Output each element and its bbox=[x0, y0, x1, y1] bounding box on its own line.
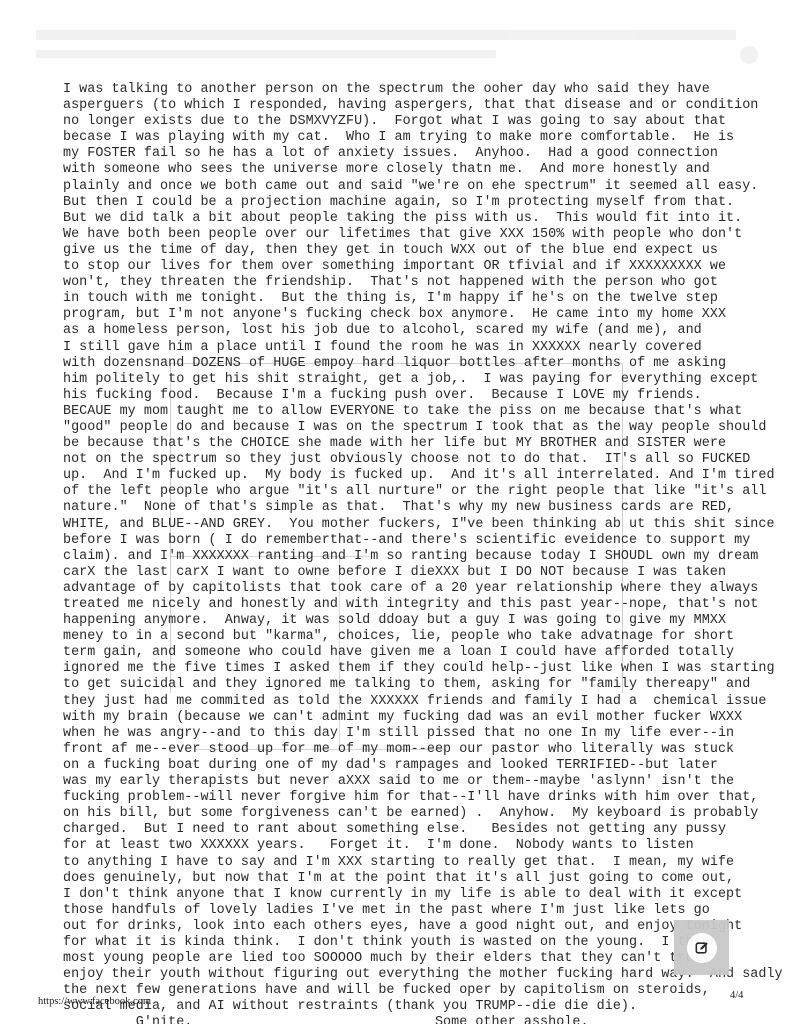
text-line: those handfuls of lovely ladies I've met… bbox=[63, 903, 783, 919]
text-line: before I was born ( I do rememberthat--a… bbox=[63, 533, 783, 549]
text-line: when he was angry--and to this day I'm s… bbox=[63, 726, 783, 742]
text-line: WHITE, and BLUE--AND GREY. You mother fu… bbox=[63, 517, 783, 533]
text-line: I still gave him a place until I found t… bbox=[63, 340, 783, 356]
text-line: him politely to get his shit straight, g… bbox=[63, 372, 783, 388]
text-line: to anything I have to say and I'm XXX st… bbox=[63, 855, 783, 871]
text-line: happening anymore. Anway, it was sold dd… bbox=[63, 613, 783, 629]
text-line: meney to in a second but "karma", choice… bbox=[63, 629, 783, 645]
text-line: on his bill, but some forgiveness can't … bbox=[63, 806, 783, 822]
text-line: claim). and I'm XXXXXXX ranting and I'm … bbox=[63, 549, 783, 565]
text-line: advantage of by capitolists that took ca… bbox=[63, 581, 783, 597]
edit-button[interactable] bbox=[674, 920, 729, 975]
text-line: carX the last carX I want to owne before… bbox=[63, 565, 783, 581]
text-line: of the left people who argue "it's all n… bbox=[63, 484, 783, 500]
edit-icon bbox=[695, 941, 709, 955]
document-page: I was talking to another person on the s… bbox=[0, 0, 791, 1024]
text-line: treated me nicely and honestly and with … bbox=[63, 597, 783, 613]
text-line: be because that's the CHOICE she made wi… bbox=[63, 436, 783, 452]
document-body: I was talking to another person on the s… bbox=[63, 82, 783, 1024]
text-line: BECAUE my mom taught me to allow EVERYON… bbox=[63, 404, 783, 420]
text-line: plainly and once we both came out and sa… bbox=[63, 179, 783, 195]
text-line: social media, and AI without restraints … bbox=[63, 999, 783, 1015]
text-line: I was talking to another person on the s… bbox=[63, 82, 783, 98]
edit-button-circle bbox=[687, 933, 717, 963]
text-line: with my brain (because we can't admint m… bbox=[63, 710, 783, 726]
text-line: We have both been people over our lifeti… bbox=[63, 227, 783, 243]
text-line: they just had me commited as told the XX… bbox=[63, 694, 783, 710]
text-line: I don't think anyone that I know current… bbox=[63, 887, 783, 903]
text-line: becase I was playing with my cat. Who I … bbox=[63, 130, 783, 146]
text-line: his fucking food. Because I'm a fucking … bbox=[63, 388, 783, 404]
text-line: on a fucking boat during one of my dad's… bbox=[63, 758, 783, 774]
text-line: ignored me the five times I asked them i… bbox=[63, 661, 783, 677]
text-line: as a homeless person, lost his job due t… bbox=[63, 323, 783, 339]
text-line: with dozensnand DOZENS of HUGE empoy har… bbox=[63, 356, 783, 372]
text-line: program, but I'm not anyone's fucking ch… bbox=[63, 307, 783, 323]
text-line: front af me--ever stood up for me of my … bbox=[63, 742, 783, 758]
text-line: term gain, and someone who could have gi… bbox=[63, 645, 783, 661]
text-line: But we did talk a bit about people takin… bbox=[63, 211, 783, 227]
text-line: But then I could be a projection machine… bbox=[63, 195, 783, 211]
text-line: "good" people do and because I was on th… bbox=[63, 420, 783, 436]
text-line: fucking problem--will never forgive him … bbox=[63, 790, 783, 806]
faded-header bbox=[28, 20, 768, 68]
text-line: to stop our lives for them over somethin… bbox=[63, 259, 783, 275]
text-line: nature." None of that's simple as that. … bbox=[63, 500, 783, 516]
text-line: up. And I'm fucked up. My body is fucked… bbox=[63, 468, 783, 484]
text-line: not on the spectrum so they just obvious… bbox=[63, 452, 783, 468]
text-line: in touch with me tonight. But the thing … bbox=[63, 291, 783, 307]
page-number: 4/4 bbox=[730, 990, 743, 1001]
text-line: my FOSTER fail so he has a lot of anxiet… bbox=[63, 146, 783, 162]
text-line: no longer exists due to the DSMXVYZFU). … bbox=[63, 114, 783, 130]
text-line: G'nite. Some other asshole. bbox=[63, 1015, 783, 1024]
footer-url[interactable]: https://www.facebook.com bbox=[38, 996, 151, 1007]
text-line: was my early therapists but never aXXX s… bbox=[63, 774, 783, 790]
text-line: for at least two XXXXXX years. Forget it… bbox=[63, 838, 783, 854]
text-line: won't, they threaten the friendship. Tha… bbox=[63, 275, 783, 291]
text-line: with someone who sees the universe more … bbox=[63, 162, 783, 178]
text-line: asperguers (to which I responded, having… bbox=[63, 98, 783, 114]
text-line: the next few generations have and will b… bbox=[63, 983, 783, 999]
text-line: give us the time of day, then they get i… bbox=[63, 243, 783, 259]
text-line: charged. But I need to rant about someth… bbox=[63, 822, 783, 838]
text-line: does genuinely, but now that I'm at the … bbox=[63, 871, 783, 887]
text-line: to get suicidal and they ignored me talk… bbox=[63, 677, 783, 693]
